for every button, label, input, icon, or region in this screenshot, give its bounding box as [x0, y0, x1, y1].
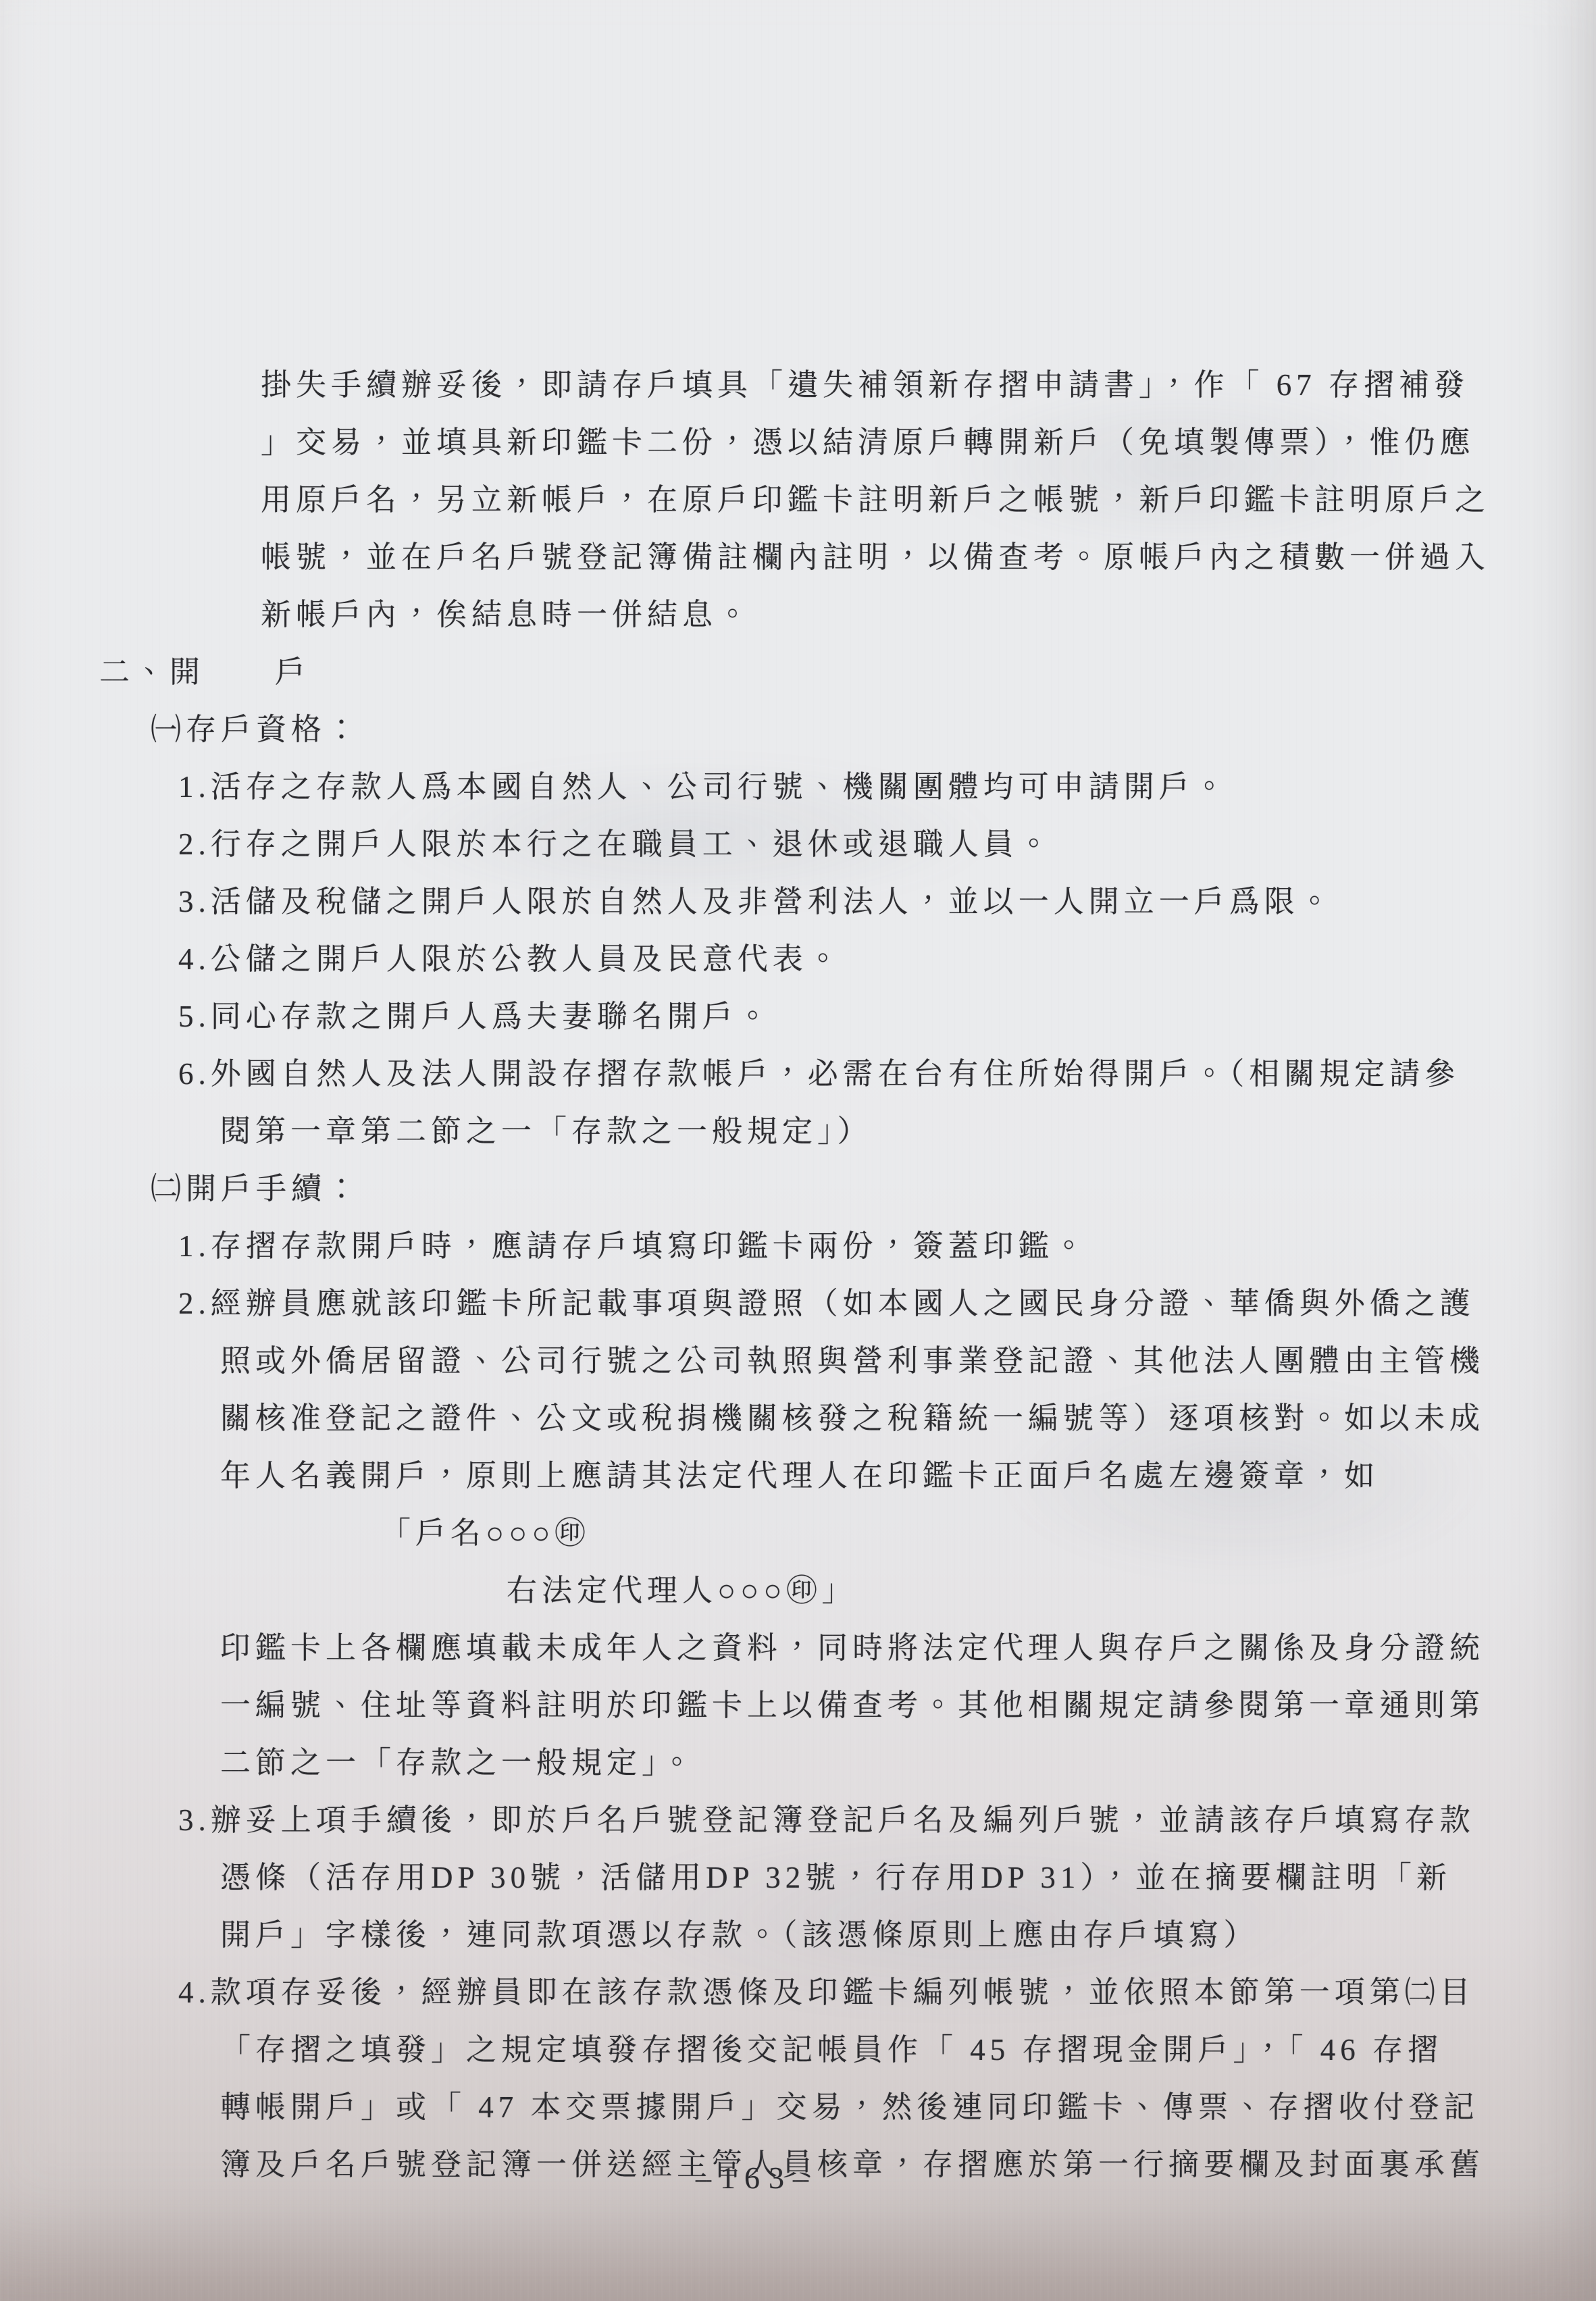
list-item-line: 6.外國自然人及法人開設存摺存款帳戶，必需在台有住所始得開戶。（相關規定請參	[178, 1045, 1596, 1103]
seal-example-line: 「戶名○○○㊞	[380, 1505, 1596, 1562]
list-item-line: 3.活儲及稅儲之開戶人限於自然人及非營利法人，並以一人開立一戶爲限。	[178, 873, 1596, 931]
list-item-line: 2.經辦員應就該印鑑卡所記載事項與證照（如本國人之國民身分證、華僑與外僑之護	[178, 1275, 1596, 1333]
continuation-paragraph-line: 掛失手續辦妥後，即請存戶填具「遺失補領新存摺申請書」，作「 67 存摺補發	[261, 357, 1596, 414]
list-item-continuation-line: 轉帳開戶」或「 47 本交票據開戶」交易，然後連同印鑑卡、傳票、存摺收付登記	[220, 2079, 1596, 2136]
list-item-line: 1.存摺存款開戶時，應請存戶填寫印鑑卡兩份，簽蓋印鑑。	[178, 1218, 1596, 1275]
list-item-line: 5.同心存款之開戶人爲夫妻聯名開戶。	[178, 988, 1596, 1045]
list-item-line: 4.款項存妥後，經辦員即在該存款憑條及印鑑卡編列帳號，並依照本節第一項第㈡目	[178, 1964, 1596, 2021]
list-item-continuation-line: 開戶」字樣後，連同款項憑以存款。（該憑條原則上應由存戶填寫）	[220, 1907, 1596, 1964]
continuation-paragraph-line: 新帳戶內，俟結息時一併結息。	[261, 586, 1596, 644]
section-heading: 二、開 戶	[99, 644, 1596, 701]
list-item-continuation-line: 「存摺之填發」之規定填發存摺後交記帳員作「 45 存摺現金開戶」，「 46 存摺	[220, 2021, 1596, 2079]
subsection-heading: ㈡開戶手續：	[151, 1160, 1596, 1218]
continuation-paragraph-line: 帳號，並在戶名戶號登記簿備註欄內註明，以備查考。原帳戶內之積數一併過入	[261, 529, 1596, 586]
list-item-continuation-line: 閱第一章第二節之一「存款之一般規定」）	[220, 1103, 1596, 1160]
page-number: –163–	[696, 2149, 817, 2206]
subsection-heading: ㈠存戶資格：	[151, 701, 1596, 758]
list-item-continuation-line: 簿及戶名戶號登記簿一併送經主管人員核章，存摺應於第一行摘要欄及封面裏承舊	[220, 2136, 1596, 2194]
list-item-line: 2.行存之開戶人限於本行之在職員工、退休或退職人員。	[178, 816, 1596, 873]
list-item-continuation-line: 照或外僑居留證、公司行號之公司執照與營利事業登記證、其他法人團體由主管機	[220, 1333, 1596, 1390]
continuation-paragraph-line: 用原戶名，另立新帳戶，在原戶印鑑卡註明新戶之帳號，新戶印鑑卡註明原戶之	[261, 471, 1596, 529]
scanned-page: 掛失手續辦妥後，即請存戶填具「遺失補領新存摺申請書」，作「 67 存摺補發」交易…	[0, 0, 1596, 2301]
list-item-continuation-line: 年人名義開戶，原則上應請其法定代理人在印鑑卡正面戶名處左邊簽章，如	[220, 1447, 1596, 1505]
list-item-continuation-line: 一編號、住址等資料註明於印鑑卡上以備查考。其他相關規定請參閱第一章通則第	[220, 1677, 1596, 1734]
list-item-line: 4.公儲之開戶人限於公教人員及民意代表。	[178, 931, 1596, 988]
list-item-line: 3.辦妥上項手續後，即於戶名戶號登記簿登記戶名及編列戶號，並請該存戶填寫存款	[178, 1792, 1596, 1849]
list-item-continuation-line: 憑條（活存用DP 30號，活儲用DP 32號，行存用DP 31），並在摘要欄註明…	[220, 1849, 1596, 1907]
seal-example-line: 右法定代理人○○○㊞」	[507, 1562, 1596, 1620]
list-item-line: 1.活存之存款人爲本國自然人、公司行號、機關團體均可申請開戶。	[178, 758, 1596, 816]
list-item-continuation-line: 印鑑卡上各欄應填載未成年人之資料，同時將法定代理人與存戶之關係及身分證統	[220, 1620, 1596, 1677]
page-text-block: 掛失手續辦妥後，即請存戶填具「遺失補領新存摺申請書」，作「 67 存摺補發」交易…	[0, 357, 1596, 2194]
continuation-paragraph-line: 」交易，並填具新印鑑卡二份，憑以結清原戶轉開新戶（免填製傳票），惟仍應	[261, 414, 1596, 471]
list-item-continuation-line: 二節之一「存款之一般規定」。	[220, 1734, 1596, 1792]
list-item-continuation-line: 關核准登記之證件、公文或稅捐機關核發之稅籍統一編號等）逐項核對。如以未成	[220, 1390, 1596, 1447]
